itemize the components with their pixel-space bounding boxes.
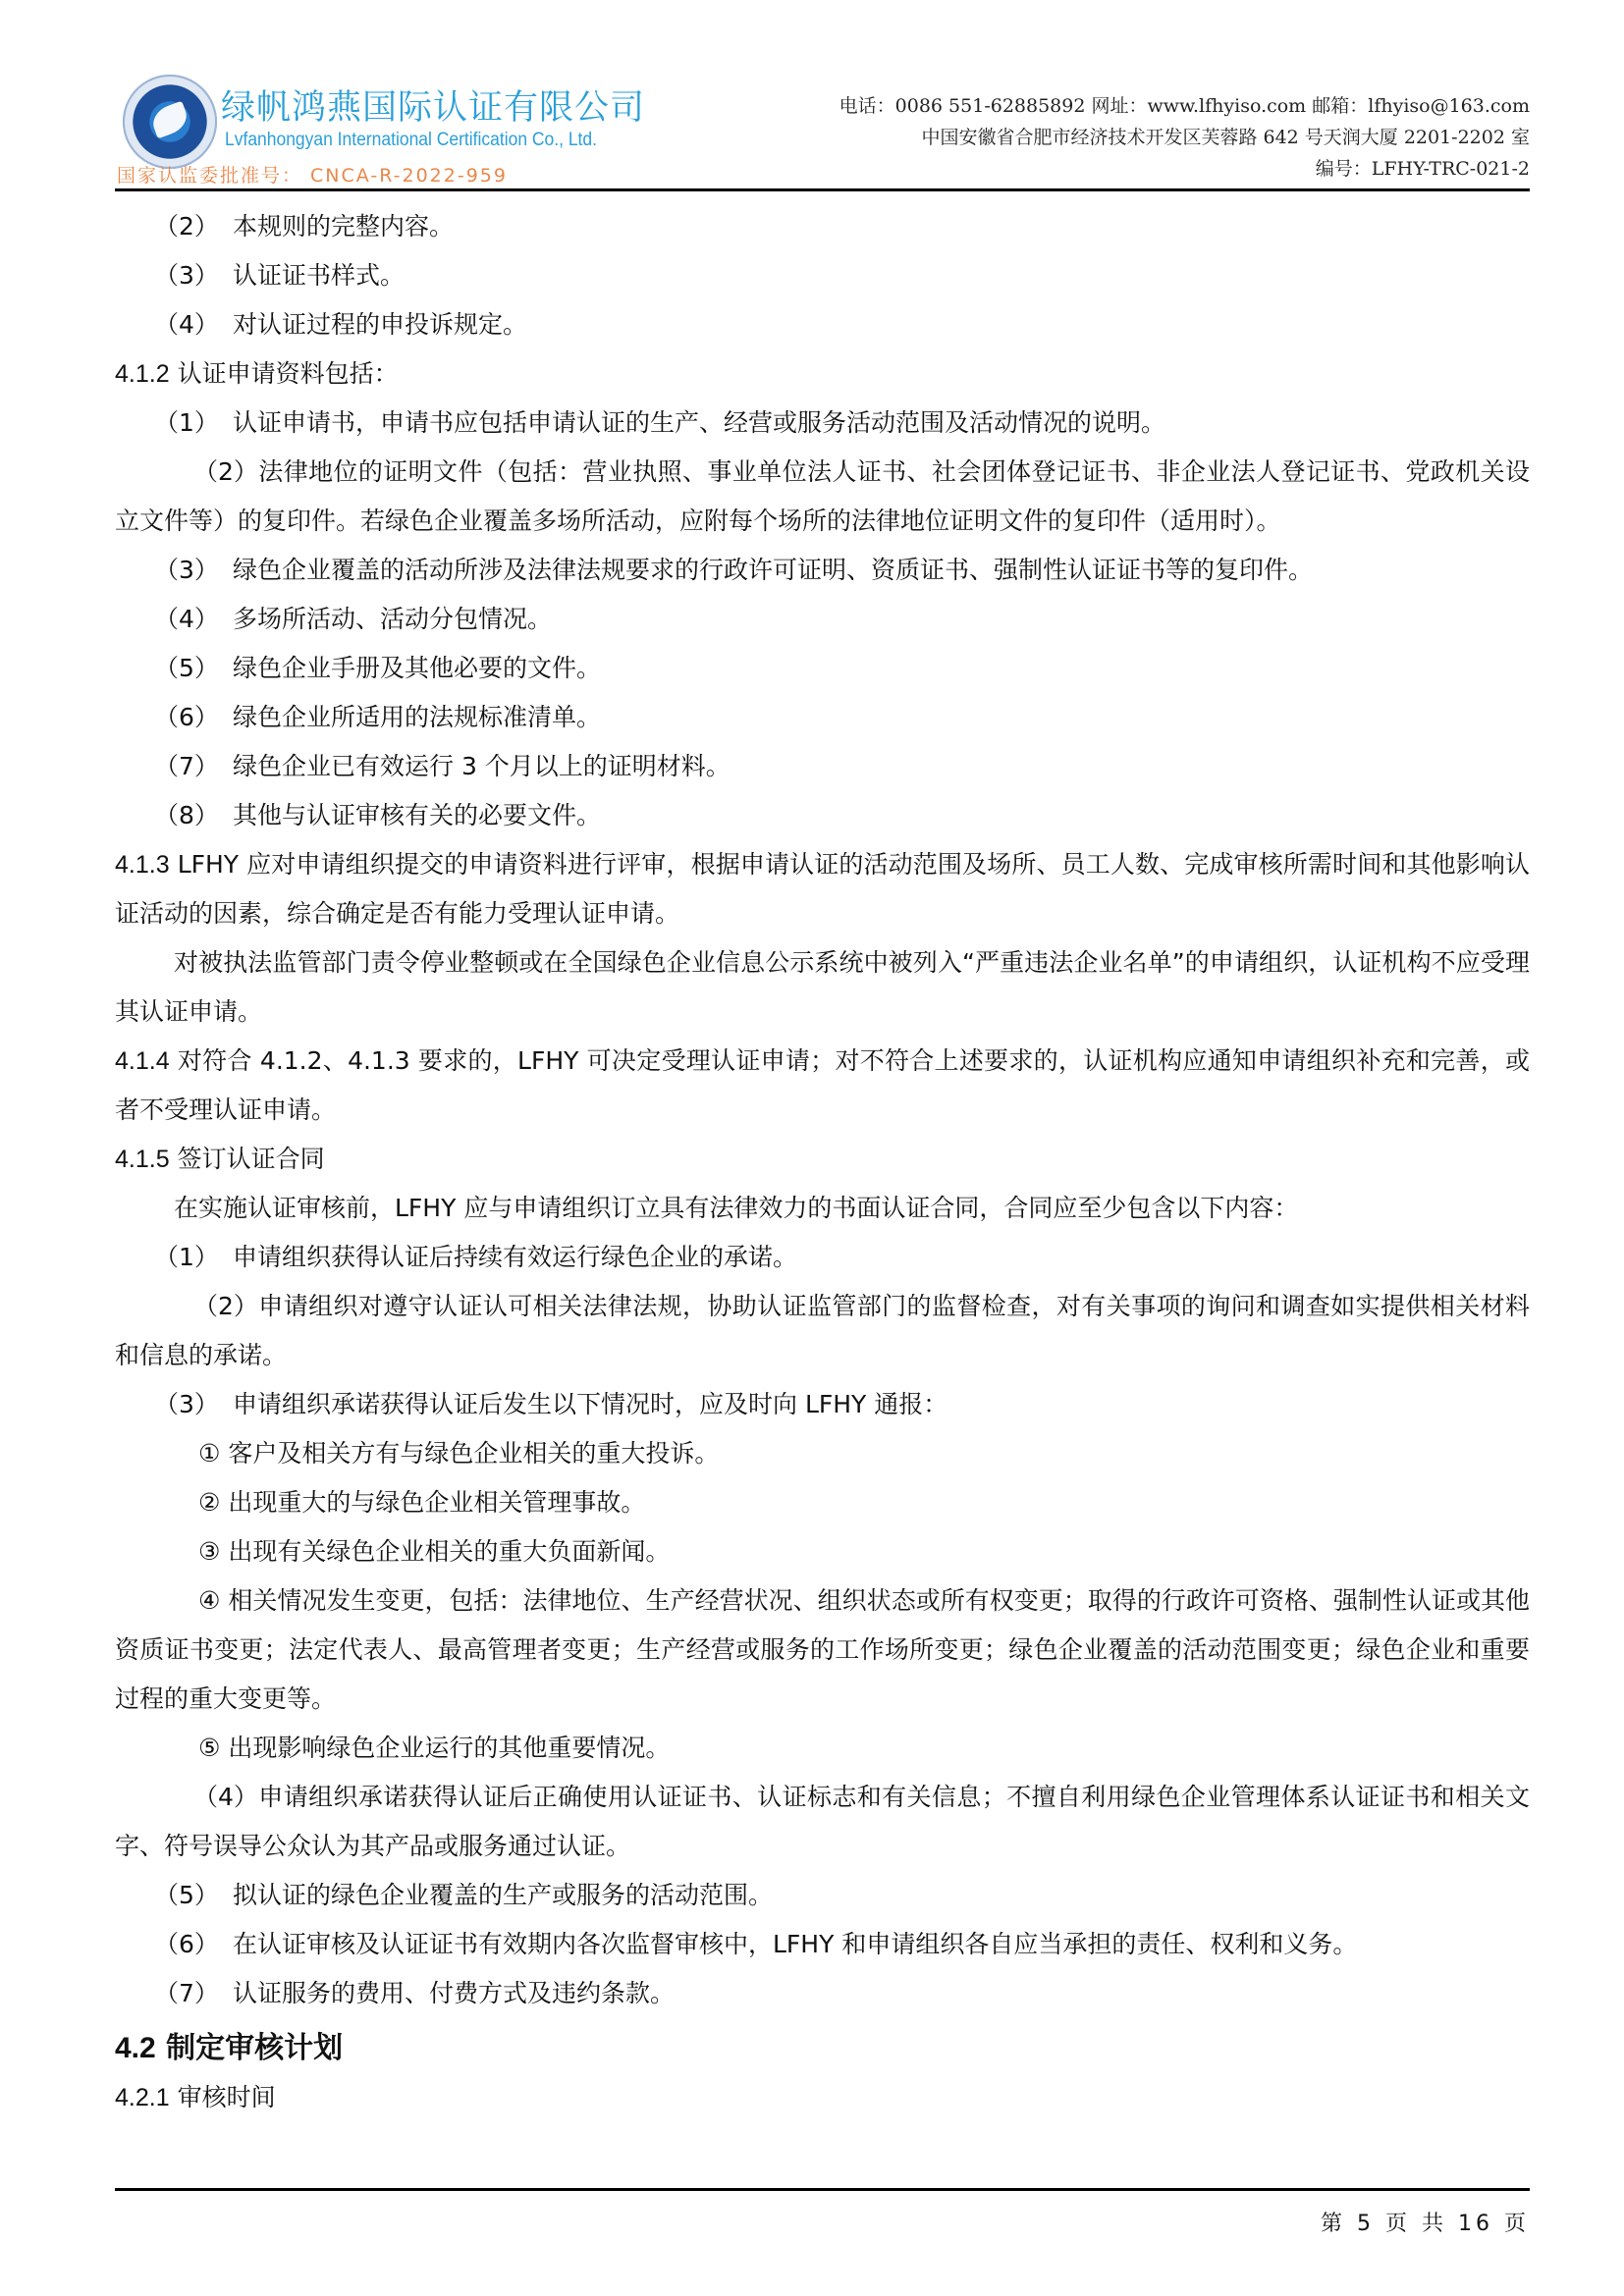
approval-number: 国家认监委批准号： CNCA-R-2022-959 bbox=[117, 161, 508, 187]
section-heading-4-2: 4.2 制定审核计划 bbox=[115, 2024, 1530, 2073]
header-divider bbox=[115, 188, 1530, 191]
list-item: （7）绿色企业已有效运行 3 个月以上的证明材料。 bbox=[115, 742, 1530, 791]
list-item: （7）认证服务的费用、付费方式及违约条款。 bbox=[115, 1969, 1530, 2018]
sub-item: ③ 出现有关绿色企业相关的重大负面新闻。 bbox=[115, 1527, 1530, 1576]
list-item: （6）在认证审核及认证证书有效期内各次监督审核中，LFHY 和申请组织各自应当承… bbox=[115, 1920, 1530, 1969]
company-logo-icon bbox=[123, 75, 217, 169]
sub-item: ② 出现重大的与绿色企业相关管理事故。 bbox=[115, 1478, 1530, 1527]
list-item: （5）绿色企业手册及其他必要的文件。 bbox=[115, 644, 1530, 693]
list-item: （3）绿色企业覆盖的活动所涉及法律法规要求的行政许可证明、资质证书、强制性认证证… bbox=[115, 546, 1530, 595]
section-4-1-3: 4.1.3 LFHY 应对申请组织提交的申请资料进行评审，根据申请认证的活动范围… bbox=[115, 840, 1530, 938]
list-item: （4）对认证过程的申投诉规定。 bbox=[115, 300, 1530, 349]
paragraph: 对被执法监管部门责令停业整顿或在全国绿色企业信息公示系统中被列入“严重违法企业名… bbox=[115, 938, 1530, 1037]
list-item: （4）多场所活动、活动分包情况。 bbox=[115, 595, 1530, 644]
sail-wave-icon bbox=[148, 101, 190, 139]
list-item: （2）法律地位的证明文件（包括：营业执照、事业单位法人证书、社会团体登记证书、非… bbox=[115, 448, 1530, 546]
company-name-en: Lvfanhongyan International Certification… bbox=[225, 130, 597, 151]
paragraph: 在实施认证审核前，LFHY 应与申请组织订立具有法律效力的书面认证合同，合同应至… bbox=[115, 1184, 1530, 1233]
document-number: 编号：LFHY-TRC-021-2 bbox=[839, 153, 1530, 185]
section-4-1-4: 4.1.4 对符合 4.1.2、4.1.3 要求的，LFHY 可决定受理认证申请… bbox=[115, 1037, 1530, 1135]
list-item: （1）认证申请书，申请书应包括申请认证的生产、经营或服务活动范围及活动情况的说明… bbox=[115, 399, 1530, 448]
sub-item: ⑤ 出现影响绿色企业运行的其他重要情况。 bbox=[115, 1724, 1530, 1773]
sub-item: ④ 相关情况发生变更，包括：法律地位、生产经营状况、组织状态或所有权变更；取得的… bbox=[115, 1576, 1530, 1724]
page-indicator: 第 5 页 共 16 页 bbox=[1321, 2207, 1530, 2237]
list-item: （8）其他与认证审核有关的必要文件。 bbox=[115, 791, 1530, 840]
list-item: （3）申请组织承诺获得认证后发生以下情况时，应及时向 LFHY 通报： bbox=[115, 1380, 1530, 1429]
section-heading-4-1-5: 4.1.5 签订认证合同 bbox=[115, 1135, 1530, 1184]
document-body: （2）本规则的完整内容。 （3）认证证书样式。 （4）对认证过程的申投诉规定。 … bbox=[115, 202, 1530, 2122]
contact-block: 电话：0086 551-62885892 网址：www.lfhyiso.com … bbox=[839, 90, 1530, 185]
list-item: （1）申请组织获得认证后持续有效运行绿色企业的承诺。 bbox=[115, 1233, 1530, 1282]
section-heading-4-2-1: 4.2.1 审核时间 bbox=[115, 2073, 1530, 2122]
list-item: （3）认证证书样式。 bbox=[115, 251, 1530, 300]
contact-line: 电话：0086 551-62885892 网址：www.lfhyiso.com … bbox=[839, 90, 1530, 122]
list-item: （2）申请组织对遵守认证认可相关法律法规，协助认证监管部门的监督检查，对有关事项… bbox=[115, 1282, 1530, 1380]
address-line: 中国安徽省合肥市经济技术开发区芙蓉路 642 号天润大厦 2201-2202 室 bbox=[839, 122, 1530, 153]
page-header: 绿帆鸿燕国际认证有限公司 Lvfanhongyan International … bbox=[115, 67, 1530, 187]
company-name-cn: 绿帆鸿燕国际认证有限公司 bbox=[221, 80, 645, 130]
sub-item: ① 客户及相关方有与绿色企业相关的重大投诉。 bbox=[115, 1429, 1530, 1478]
list-item: （5）拟认证的绿色企业覆盖的生产或服务的活动范围。 bbox=[115, 1871, 1530, 1920]
footer-divider bbox=[115, 2188, 1530, 2191]
section-heading-4-1-2: 4.1.2 认证申请资料包括： bbox=[115, 349, 1530, 399]
list-item: （4）申请组织承诺获得认证后正确使用认证证书、认证标志和有关信息；不擅自利用绿色… bbox=[115, 1773, 1530, 1871]
list-item: （6）绿色企业所适用的法规标准清单。 bbox=[115, 693, 1530, 742]
list-item: （2）本规则的完整内容。 bbox=[115, 202, 1530, 251]
